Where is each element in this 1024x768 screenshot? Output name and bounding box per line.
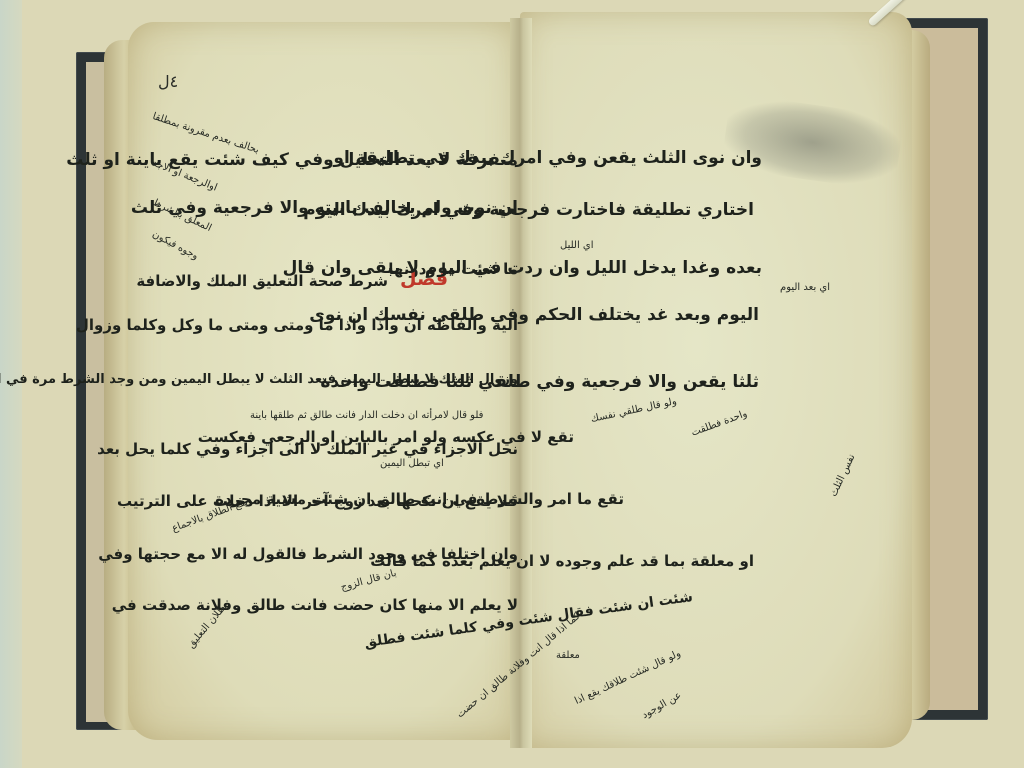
marginal-gloss: اي بعد اليوم	[780, 282, 830, 293]
main-text-line: تقع لا في عكسه ولو امر بالباين او الرجعي…	[198, 428, 574, 446]
main-text-line: او معلقة بما قد علم وجوده لا ان يعلم بعد…	[370, 552, 754, 570]
marginal-gloss: اي تبطل اليمين	[380, 458, 444, 469]
main-text-line: ثلثا يقعن والا فرجعية وفي طلقي ثلثا فطلق…	[320, 372, 759, 392]
marginal-gloss: اي الليل	[560, 240, 594, 251]
marginal-gloss: معلقة	[556, 650, 580, 661]
main-text-line: اليوم وبعد غد يختلف الحكم وفي طلقي نفسك …	[309, 305, 759, 325]
main-text-line: وان نوى الثلث يقعن وفي امرك بيدك في تطلي…	[333, 148, 762, 168]
marginal-gloss: فلو قال لامرأته ان دخلت الدار فانت طالق …	[250, 410, 483, 421]
main-text-line: تقع ما امر والشرط في انت طالق ان شئت مشي…	[215, 490, 624, 508]
folio-number: ٤ل	[158, 72, 178, 91]
main-text-line: اختاري تطليقة فاختارت فرجعية وفي امرك بي…	[303, 200, 754, 220]
main-text-line: لا يعلم الا منها كان حضت فانت طالق وفلان…	[112, 596, 518, 614]
main-text-line: بعده وغدا يدخل الليل وان ردت في اليوم لا…	[283, 258, 762, 278]
